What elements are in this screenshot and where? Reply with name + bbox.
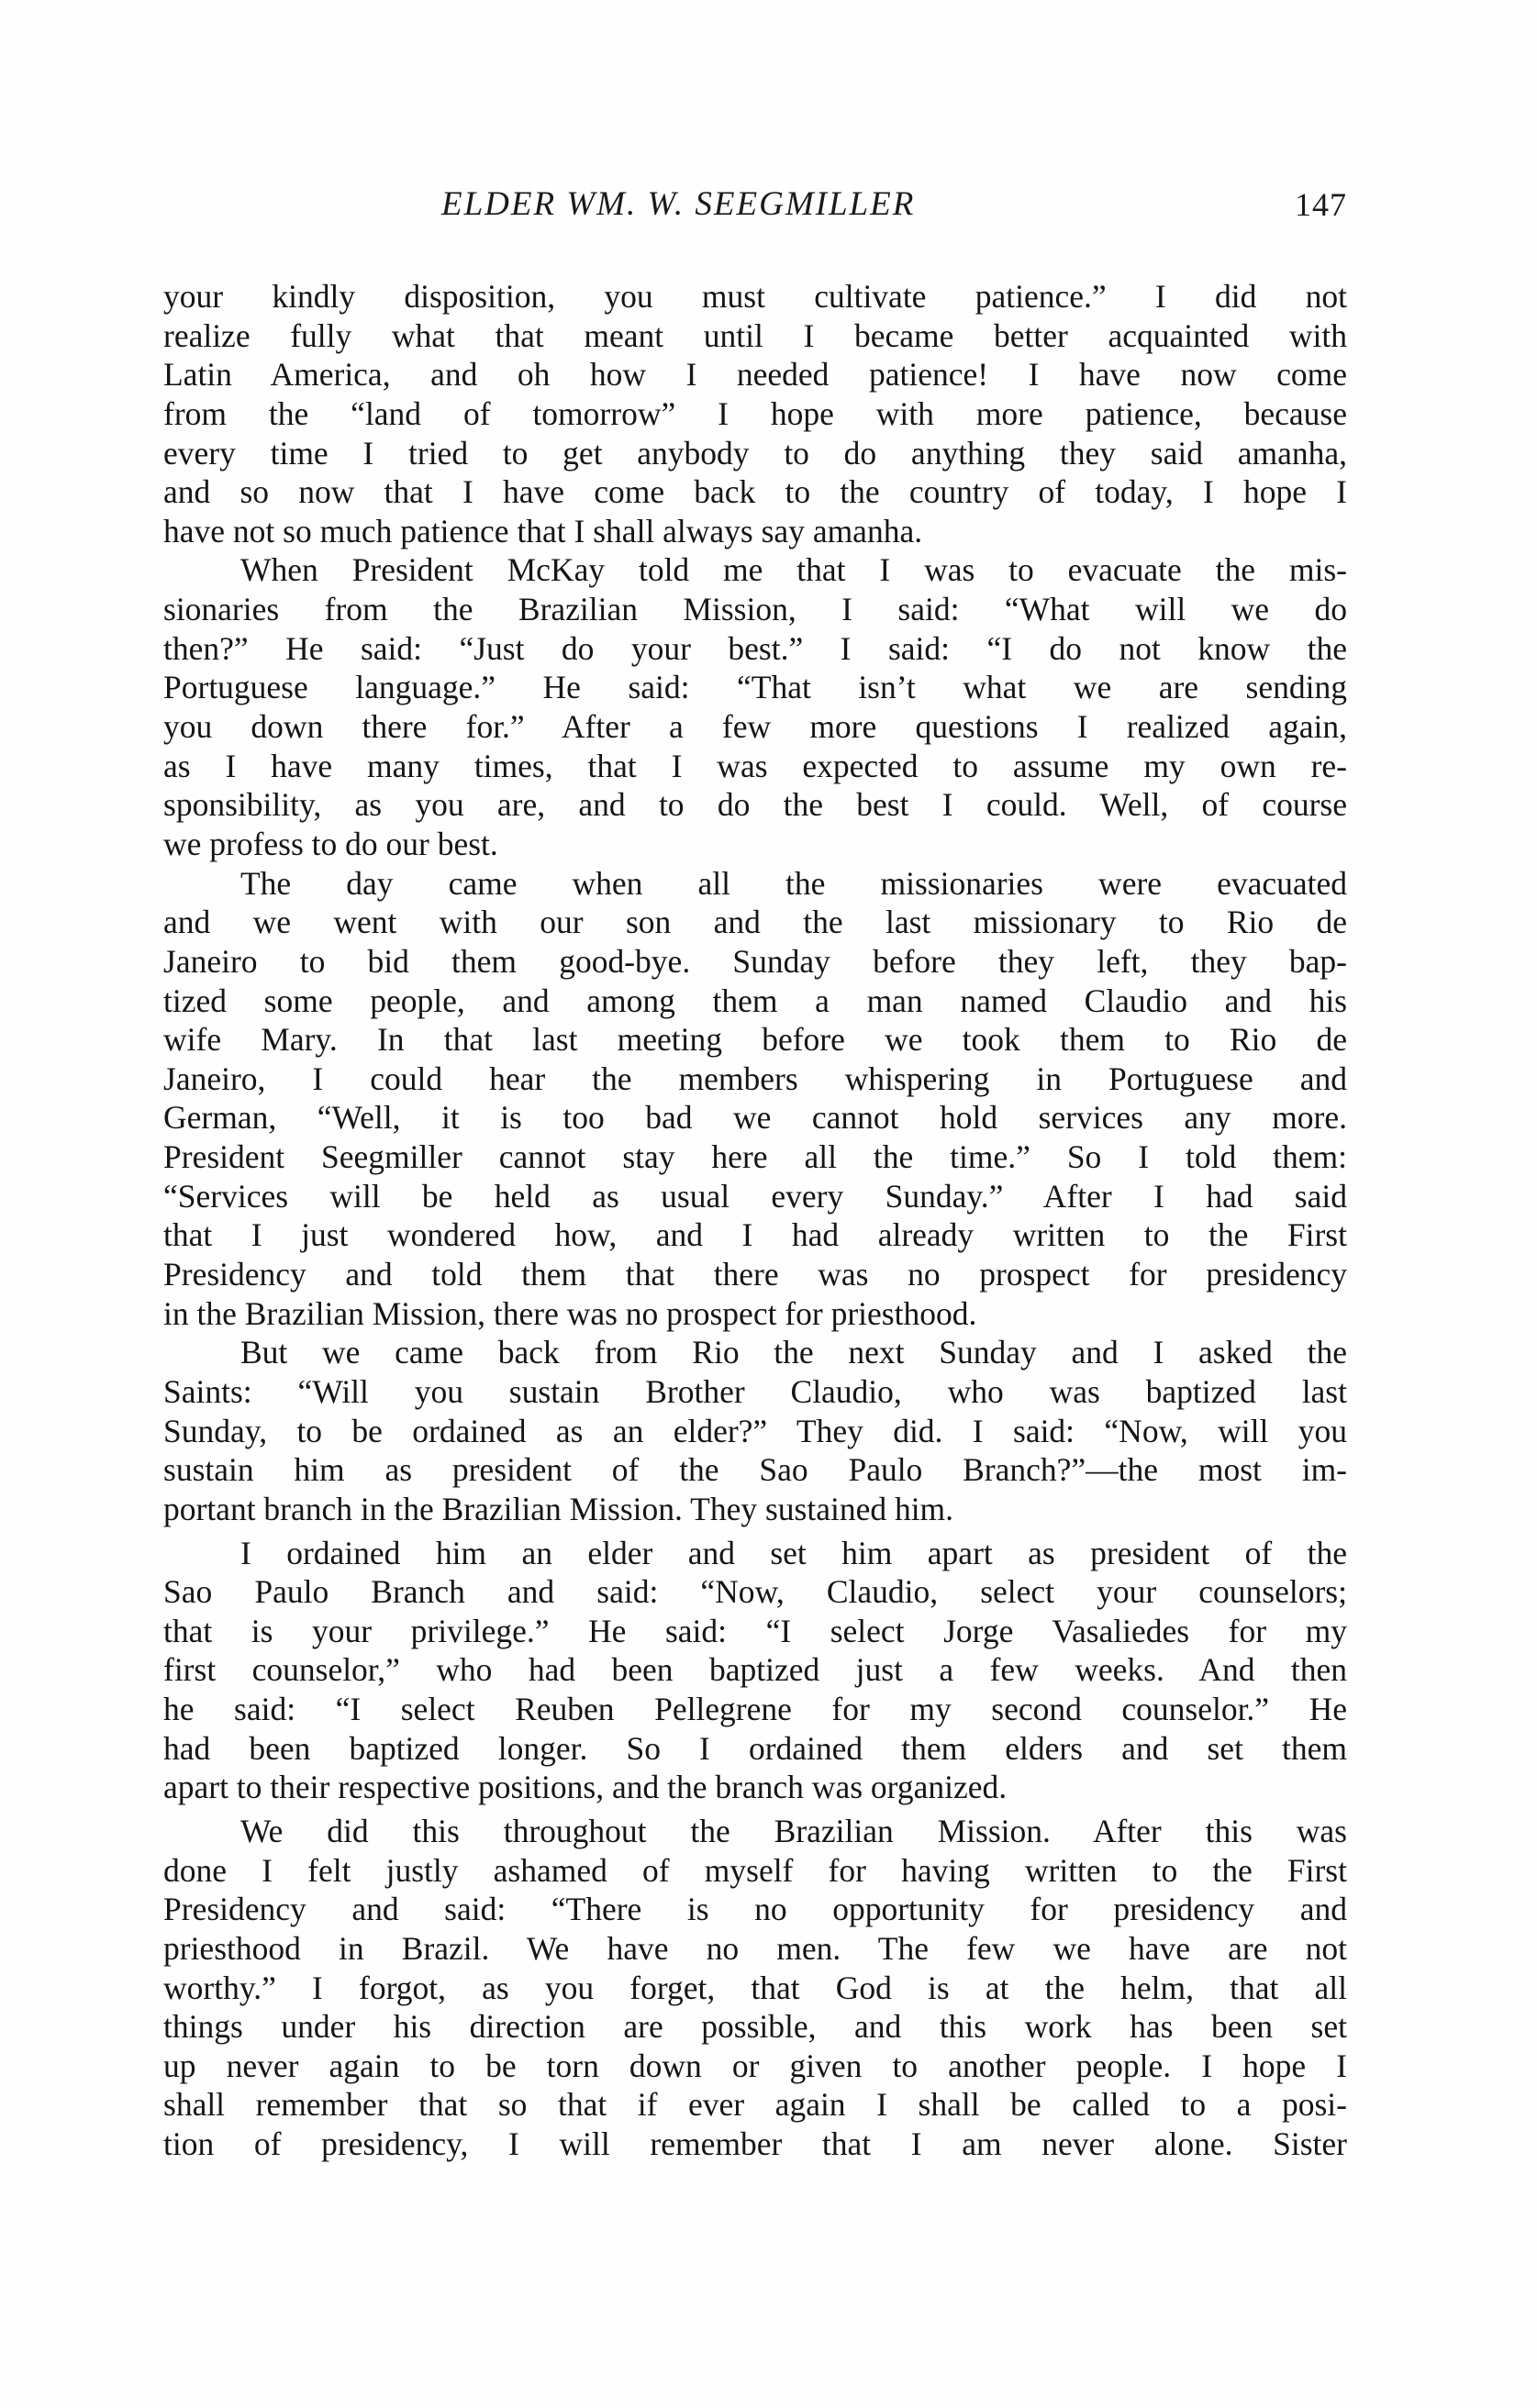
text-line: Sunday, to be ordained as an elder?” The…: [163, 1412, 1347, 1451]
text-line: priesthood in Brazil. We have no men. Th…: [163, 1929, 1347, 1969]
text-line: apart to their respective positions, and…: [163, 1768, 1347, 1807]
paragraph-6: We did this throughout the Brazilian Mis…: [163, 1812, 1347, 2164]
book-page: ELDER WM. W. SEEGMILLER 147 your kindly …: [0, 0, 1537, 2408]
text-line: Latin America, and oh how I needed patie…: [163, 355, 1347, 394]
text-line: sponsibility, as you are, and to do the …: [163, 785, 1347, 825]
text-line: Janeiro, I could hear the members whispe…: [163, 1060, 1347, 1099]
text-line: in the Brazilian Mission, there was no p…: [163, 1294, 1347, 1334]
text-line: your kindly disposition, you must cultiv…: [163, 277, 1347, 316]
text-line: portant branch in the Brazilian Mission.…: [163, 1490, 1347, 1529]
text-line: as I have many times, that I was expecte…: [163, 747, 1347, 786]
text-line: done I felt justly ashamed of myself for…: [163, 1851, 1347, 1891]
text-line: tized some people, and among them a man …: [163, 982, 1347, 1021]
text-line: first counselor,” who had been baptized …: [163, 1650, 1347, 1690]
text-line: up never again to be torn down or given …: [163, 2047, 1347, 2086]
page-number: 147: [1295, 182, 1347, 227]
paragraph-4: But we came back from Rio the next Sunda…: [163, 1333, 1347, 1528]
text-line: Saints: “Will you sustain Brother Claudi…: [163, 1372, 1347, 1412]
text-line: Portuguese language.” He said: “That isn…: [163, 668, 1347, 707]
text-line: realize fully what that meant until I be…: [163, 316, 1347, 356]
paragraph-2: When President McKay told me that I was …: [163, 550, 1347, 863]
text-line: we profess to do our best.: [163, 825, 1347, 864]
text-line: “Services will be held as usual every Su…: [163, 1177, 1347, 1216]
text-line: We did this throughout the Brazilian Mis…: [163, 1812, 1347, 1851]
paragraph-5: I ordained him an elder and set him apar…: [163, 1534, 1347, 1807]
text-line: that is your privilege.” He said: “I sel…: [163, 1612, 1347, 1651]
text-line: had been baptized longer. So I ordained …: [163, 1729, 1347, 1769]
text-line: German, “Well, it is too bad we cannot h…: [163, 1098, 1347, 1137]
text-line: worthy.” I forgot, as you forget, that G…: [163, 1969, 1347, 2008]
text-line: I ordained him an elder and set him apar…: [163, 1534, 1347, 1573]
text-line: every time I tried to get anybody to do …: [163, 434, 1347, 473]
text-line: then?” He said: “Just do your best.” I s…: [163, 629, 1347, 669]
running-head: ELDER WM. W. SEEGMILLER 147: [163, 182, 1347, 227]
text-line: wife Mary. In that last meeting before w…: [163, 1020, 1347, 1060]
paragraph-1: your kindly disposition, you must cultiv…: [163, 277, 1347, 550]
text-line: When President McKay told me that I was …: [163, 550, 1347, 590]
text-line: The day came when all the missionaries w…: [163, 864, 1347, 904]
text-line: and we went with our son and the last mi…: [163, 903, 1347, 942]
text-line: But we came back from Rio the next Sunda…: [163, 1333, 1347, 1372]
text-line: President Seegmiller cannot stay here al…: [163, 1137, 1347, 1177]
text-line: Sao Paulo Branch and said: “Now, Claudio…: [163, 1572, 1347, 1612]
text-line: things under his direction are possible,…: [163, 2007, 1347, 2047]
text-line: that I just wondered how, and I had alre…: [163, 1215, 1347, 1255]
text-line: from the “land of tomorrow” I hope with …: [163, 394, 1347, 434]
text-line: have not so much patience that I shall a…: [163, 512, 1347, 551]
text-line: and so now that I have come back to the …: [163, 472, 1347, 512]
text-line: sionaries from the Brazilian Mission, I …: [163, 590, 1347, 629]
text-line: you down there for.” After a few more qu…: [163, 707, 1347, 747]
text-line: tion of presidency, I will remember that…: [163, 2125, 1347, 2164]
text-line: he said: “I select Reuben Pellegrene for…: [163, 1690, 1347, 1729]
text-line: shall remember that so that if ever agai…: [163, 2085, 1347, 2125]
body-text: your kindly disposition, you must cultiv…: [163, 277, 1347, 2164]
text-line: Janeiro to bid them good-bye. Sunday bef…: [163, 942, 1347, 982]
paragraph-3: The day came when all the missionaries w…: [163, 864, 1347, 1334]
running-title: ELDER WM. W. SEEGMILLER: [441, 182, 915, 227]
text-line: sustain him as president of the Sao Paul…: [163, 1450, 1347, 1490]
text-line: Presidency and told them that there was …: [163, 1255, 1347, 1294]
text-line: Presidency and said: “There is no opport…: [163, 1890, 1347, 1929]
